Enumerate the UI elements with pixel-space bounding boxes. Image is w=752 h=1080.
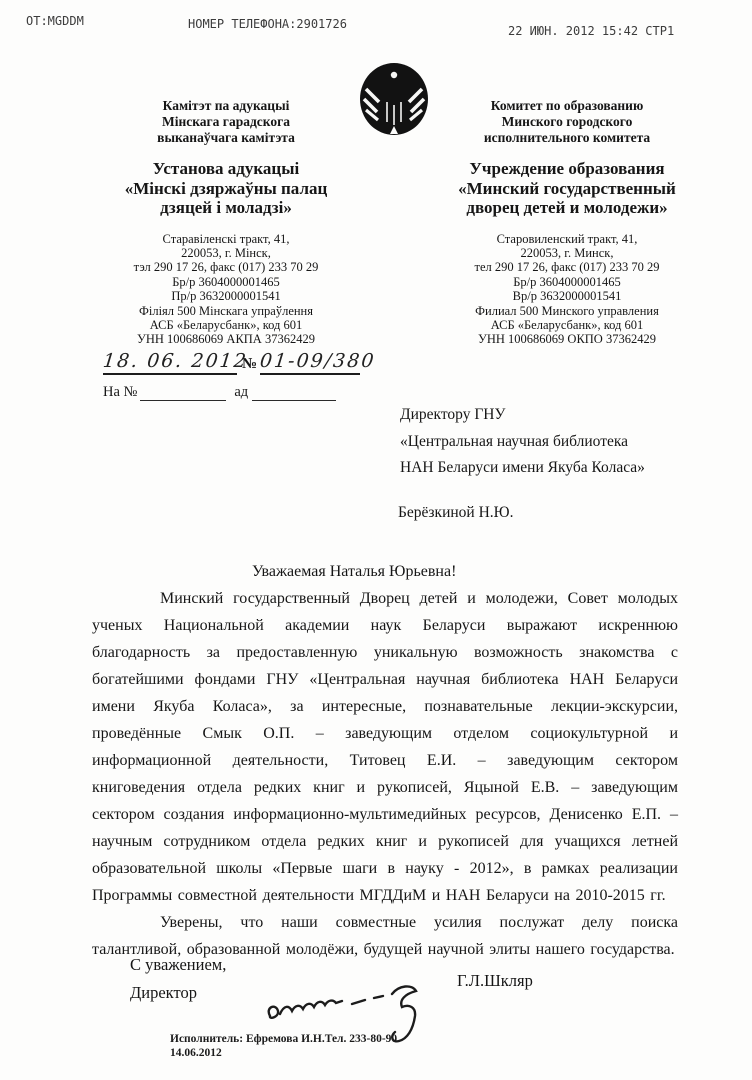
letterhead-line: Мінскага гарадскога — [97, 114, 355, 130]
address-line: тэл 290 17 26, факс (017) 233 70 29 — [97, 260, 355, 274]
address-line: Старавіленскі тракт, 41, — [97, 232, 355, 246]
letterhead-line: выканаўчага камітэта — [97, 130, 355, 146]
executor-footer: Исполнитель: Ефремова И.Н.Тел. 233-80-90… — [170, 1033, 397, 1060]
closing-phrase: С уважением, — [130, 951, 226, 979]
letterhead-line: Комитет по образованию — [438, 98, 696, 114]
address-line: 220053, г. Мінск, — [97, 246, 355, 260]
address-line: УНН 100686069 АКПА 37362429 — [97, 332, 355, 346]
outgoing-date-handwritten: 18. 06. 2012 — [103, 350, 237, 375]
address-line: Вр/р 3632000001541 — [438, 289, 696, 303]
fax-sender: ОТ:MGDDM — [26, 14, 84, 28]
letterhead-left: Камітэт па адукацыі Мінскага гарадскога … — [97, 98, 355, 347]
letterhead-right: Комитет по образованию Минского городско… — [438, 98, 696, 347]
reply-number-blank — [140, 386, 226, 401]
reply-na-label: На № — [103, 384, 137, 400]
salutation: Уважаемая Наталья Юрьевна! — [92, 558, 678, 585]
address-line: УНН 100686069 ОКПО 37362429 — [438, 332, 696, 346]
letterhead-line: «Мінскі дзяржаўны палац — [97, 179, 355, 199]
fax-phone-number: НОМЕР ТЕЛЕФОНА:2901726 — [188, 17, 347, 31]
outgoing-number-handwritten: 01-09/380 — [260, 350, 360, 375]
addressee-line: НАН Беларуси имени Якуба Коласа» — [400, 455, 730, 482]
address-line: Бр/р 3604000001465 — [97, 275, 355, 289]
scanned-letter-page: ОТ:MGDDM НОМЕР ТЕЛЕФОНА:2901726 22 ИЮН. … — [0, 0, 752, 1080]
letterhead-line: дворец детей и молодежи» — [438, 198, 696, 218]
letterhead-line: дзяцей і моладзі» — [97, 198, 355, 218]
fax-datetime-page: 22 ИЮН. 2012 15:42 СТР1 — [508, 24, 674, 38]
addressee-line: Директору ГНУ — [400, 402, 730, 429]
incoming-reference-line: На №ад — [103, 384, 336, 401]
organization-address-ru: Старовиленский тракт, 41, 220053, г. Мин… — [438, 232, 696, 347]
body-paragraph: Минский государственный Дворец детей и м… — [92, 585, 678, 909]
address-line: Пр/р 3632000001541 — [97, 289, 355, 303]
handwritten-text: 18. 06. 2012 — [102, 350, 249, 372]
addressee-name: Берёзкиной Н.Ю. — [398, 504, 513, 522]
address-line: Филиал 500 Минского управления — [438, 304, 696, 318]
executor-date: 14.06.2012 — [170, 1047, 397, 1061]
signer-title: Директор — [130, 979, 226, 1007]
outgoing-reference-line: 18. 06. 2012№01-09/380 — [103, 350, 360, 375]
addressee-line: «Центральная научная библиотека — [400, 429, 730, 456]
letterhead-line: Учреждение образования — [438, 159, 696, 179]
address-line: АСБ «Беларусбанк», код 601 — [438, 318, 696, 332]
handwritten-text: 01-09/380 — [259, 350, 377, 372]
closing-block: С уважением, Директор — [130, 951, 226, 1007]
committee-name-by: Камітэт па адукацыі Мінскага гарадскога … — [97, 98, 355, 146]
letterhead-line: «Минский государственный — [438, 179, 696, 199]
letterhead-line: Установа адукацыі — [97, 159, 355, 179]
address-line: Бр/р 3604000001465 — [438, 275, 696, 289]
address-line: тел 290 17 26, факс (017) 233 70 29 — [438, 260, 696, 274]
address-line: Старовиленский тракт, 41, — [438, 232, 696, 246]
addressee-block: Директору ГНУ «Центральная научная библи… — [400, 402, 730, 482]
letterhead-line: исполнительного комитета — [438, 130, 696, 146]
organization-name-by: Установа адукацыі «Мінскі дзяржаўны пала… — [97, 159, 355, 218]
reply-ad-label: ад — [234, 384, 248, 400]
letterhead-line: Минского городского — [438, 114, 696, 130]
organization-name-ru: Учреждение образования «Минский государс… — [438, 159, 696, 218]
reply-date-blank — [252, 386, 336, 401]
executor-note: Исполнитель: Ефремова И.Н.Тел. 233-80-90 — [170, 1033, 397, 1047]
letter-body: Уважаемая Наталья Юрьевна! Минский госуд… — [92, 558, 678, 963]
organization-emblem-icon — [356, 60, 432, 138]
letterhead-line: Камітэт па адукацыі — [97, 98, 355, 114]
address-line: Філіял 500 Мінскага упраўлення — [97, 304, 355, 318]
organization-address-by: Старавіленскі тракт, 41, 220053, г. Мінс… — [97, 232, 355, 347]
committee-name-ru: Комитет по образованию Минского городско… — [438, 98, 696, 146]
address-line: 220053, г. Минск, — [438, 246, 696, 260]
signer-name: Г.Л.Шкляр — [457, 971, 533, 991]
address-line: АСБ «Беларусбанк», код 601 — [97, 318, 355, 332]
